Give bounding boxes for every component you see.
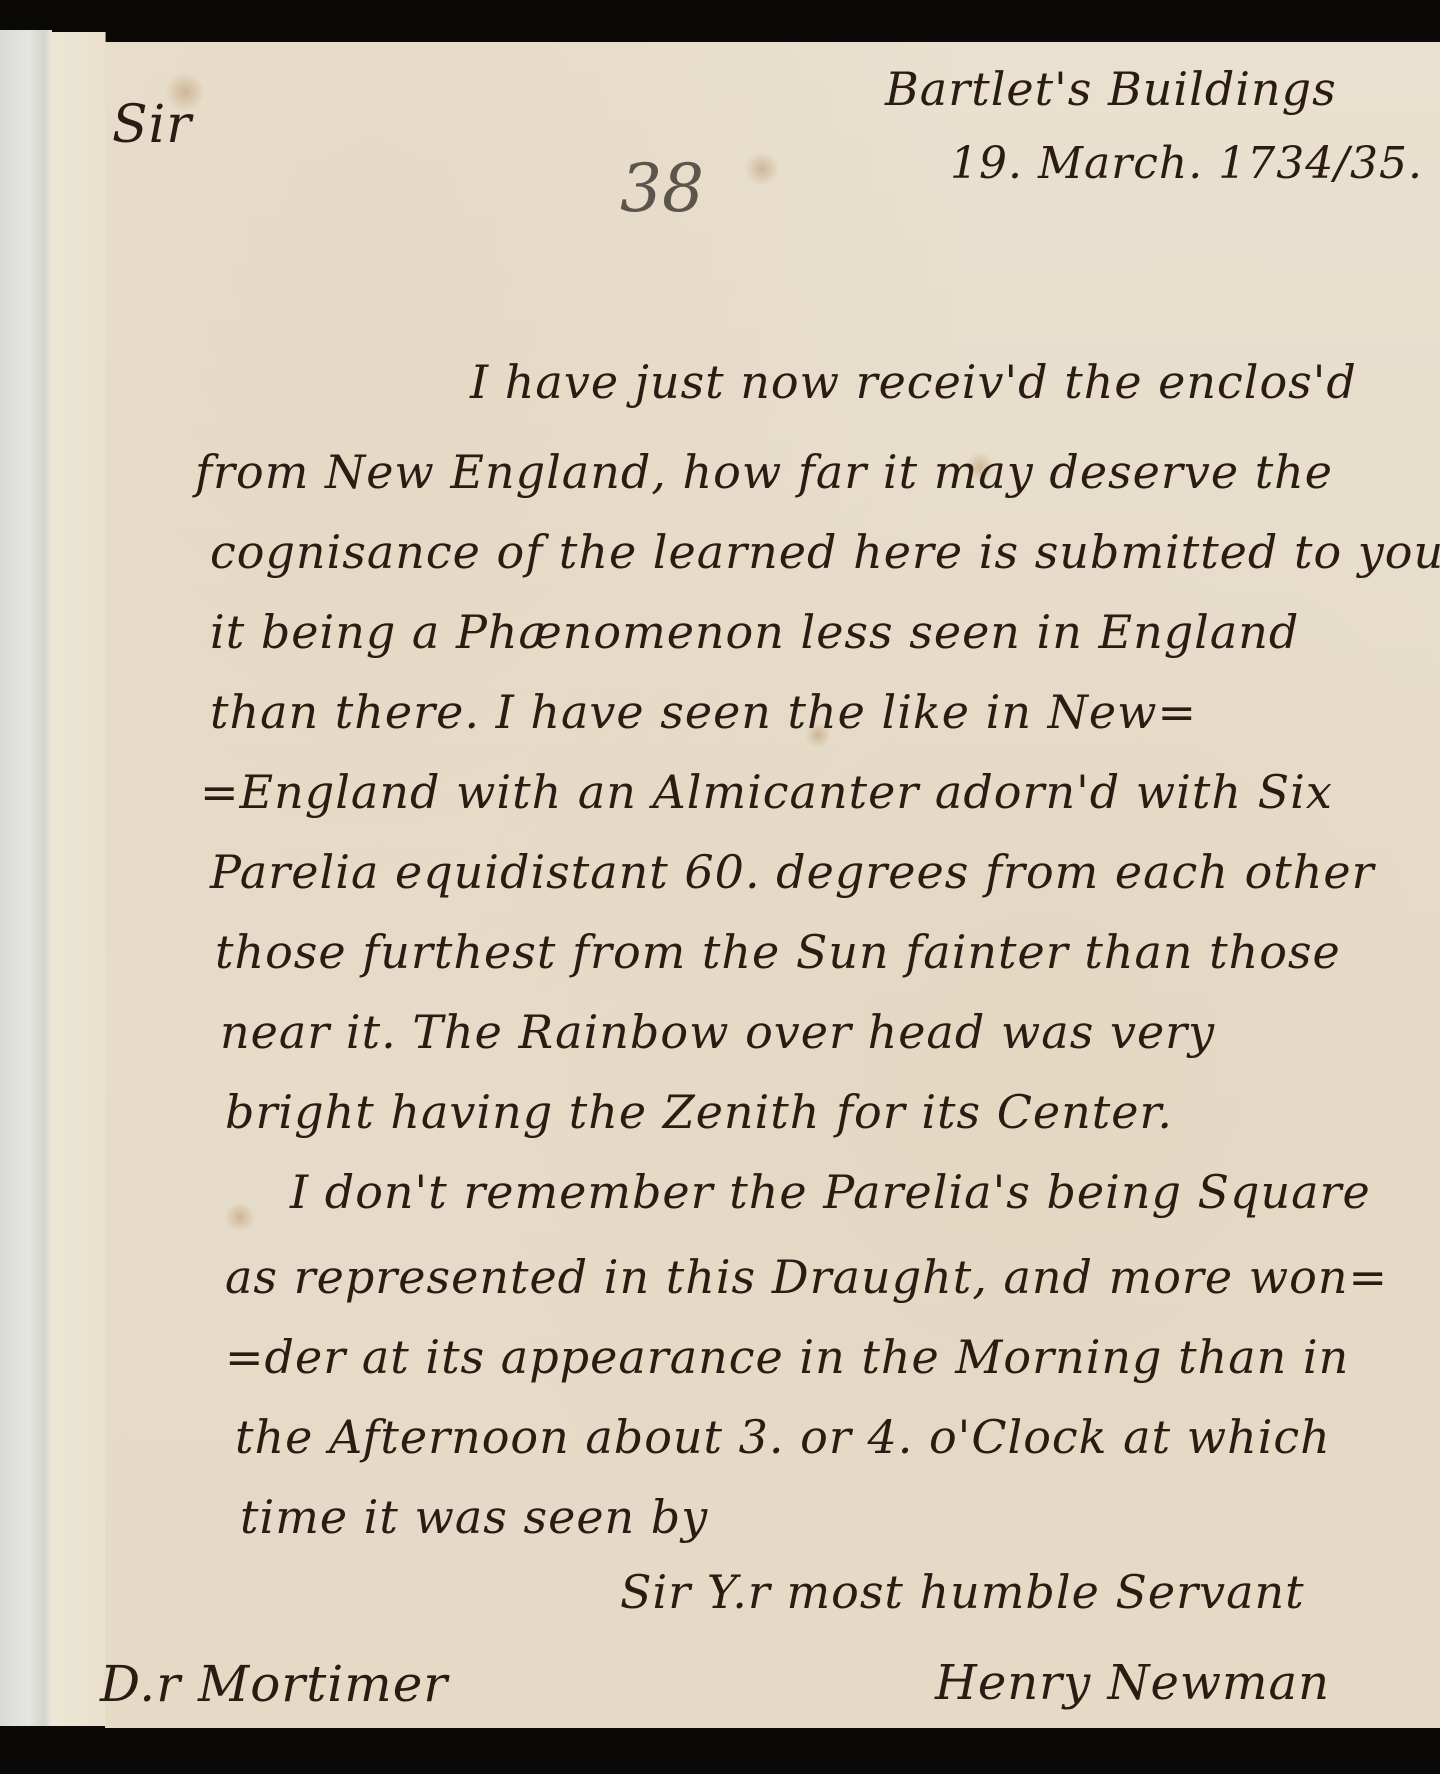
foxing-stain [225,1202,255,1232]
background-top [0,0,1440,44]
body-line: bright having the Zenith for its Center. [225,1085,1173,1139]
background-bottom [0,1728,1440,1774]
body-line: Parelia equidistant 60. degrees from eac… [210,845,1375,899]
gutter-flap [52,32,106,1726]
binding-guard-strip [0,30,52,1726]
folio-number: 38 [620,150,704,227]
body-line: those furthest from the Sun fainter than… [215,925,1341,979]
body-line: than there. I have seen the like in New= [210,685,1197,739]
body-line: =der at its appearance in the Morning th… [225,1330,1349,1384]
date-line: 19. March. 1734/35. [950,138,1423,189]
foxing-stain [745,152,779,186]
body-line: as represented in this Draught, and more… [225,1250,1388,1304]
body-line: the Afternoon about 3. or 4. o'Clock at … [235,1410,1331,1464]
body-line: I have just now receiv'd the enclos'd [470,355,1357,409]
body-line: cognisance of the learned here is submit… [210,525,1440,579]
address-line: Bartlet's Buildings [885,62,1337,116]
body-line: it being a Phænomenon less seen in Engla… [210,605,1299,659]
body-line: time it was seen by [240,1490,708,1544]
recipient: D.r Mortimer [100,1655,448,1713]
body-line: near it. The Rainbow over head was very [220,1005,1215,1059]
closing: Sir Y.r most humble Servant [620,1565,1305,1619]
body-line: from New England, how far it may deserve… [195,445,1333,499]
salutation: Sir [112,95,192,155]
body-line: =England with an Almicanter adorn'd with… [200,765,1333,819]
body-line: I don't remember the Parelia's being Squ… [290,1165,1371,1219]
signature: Henry Newman [935,1655,1330,1711]
